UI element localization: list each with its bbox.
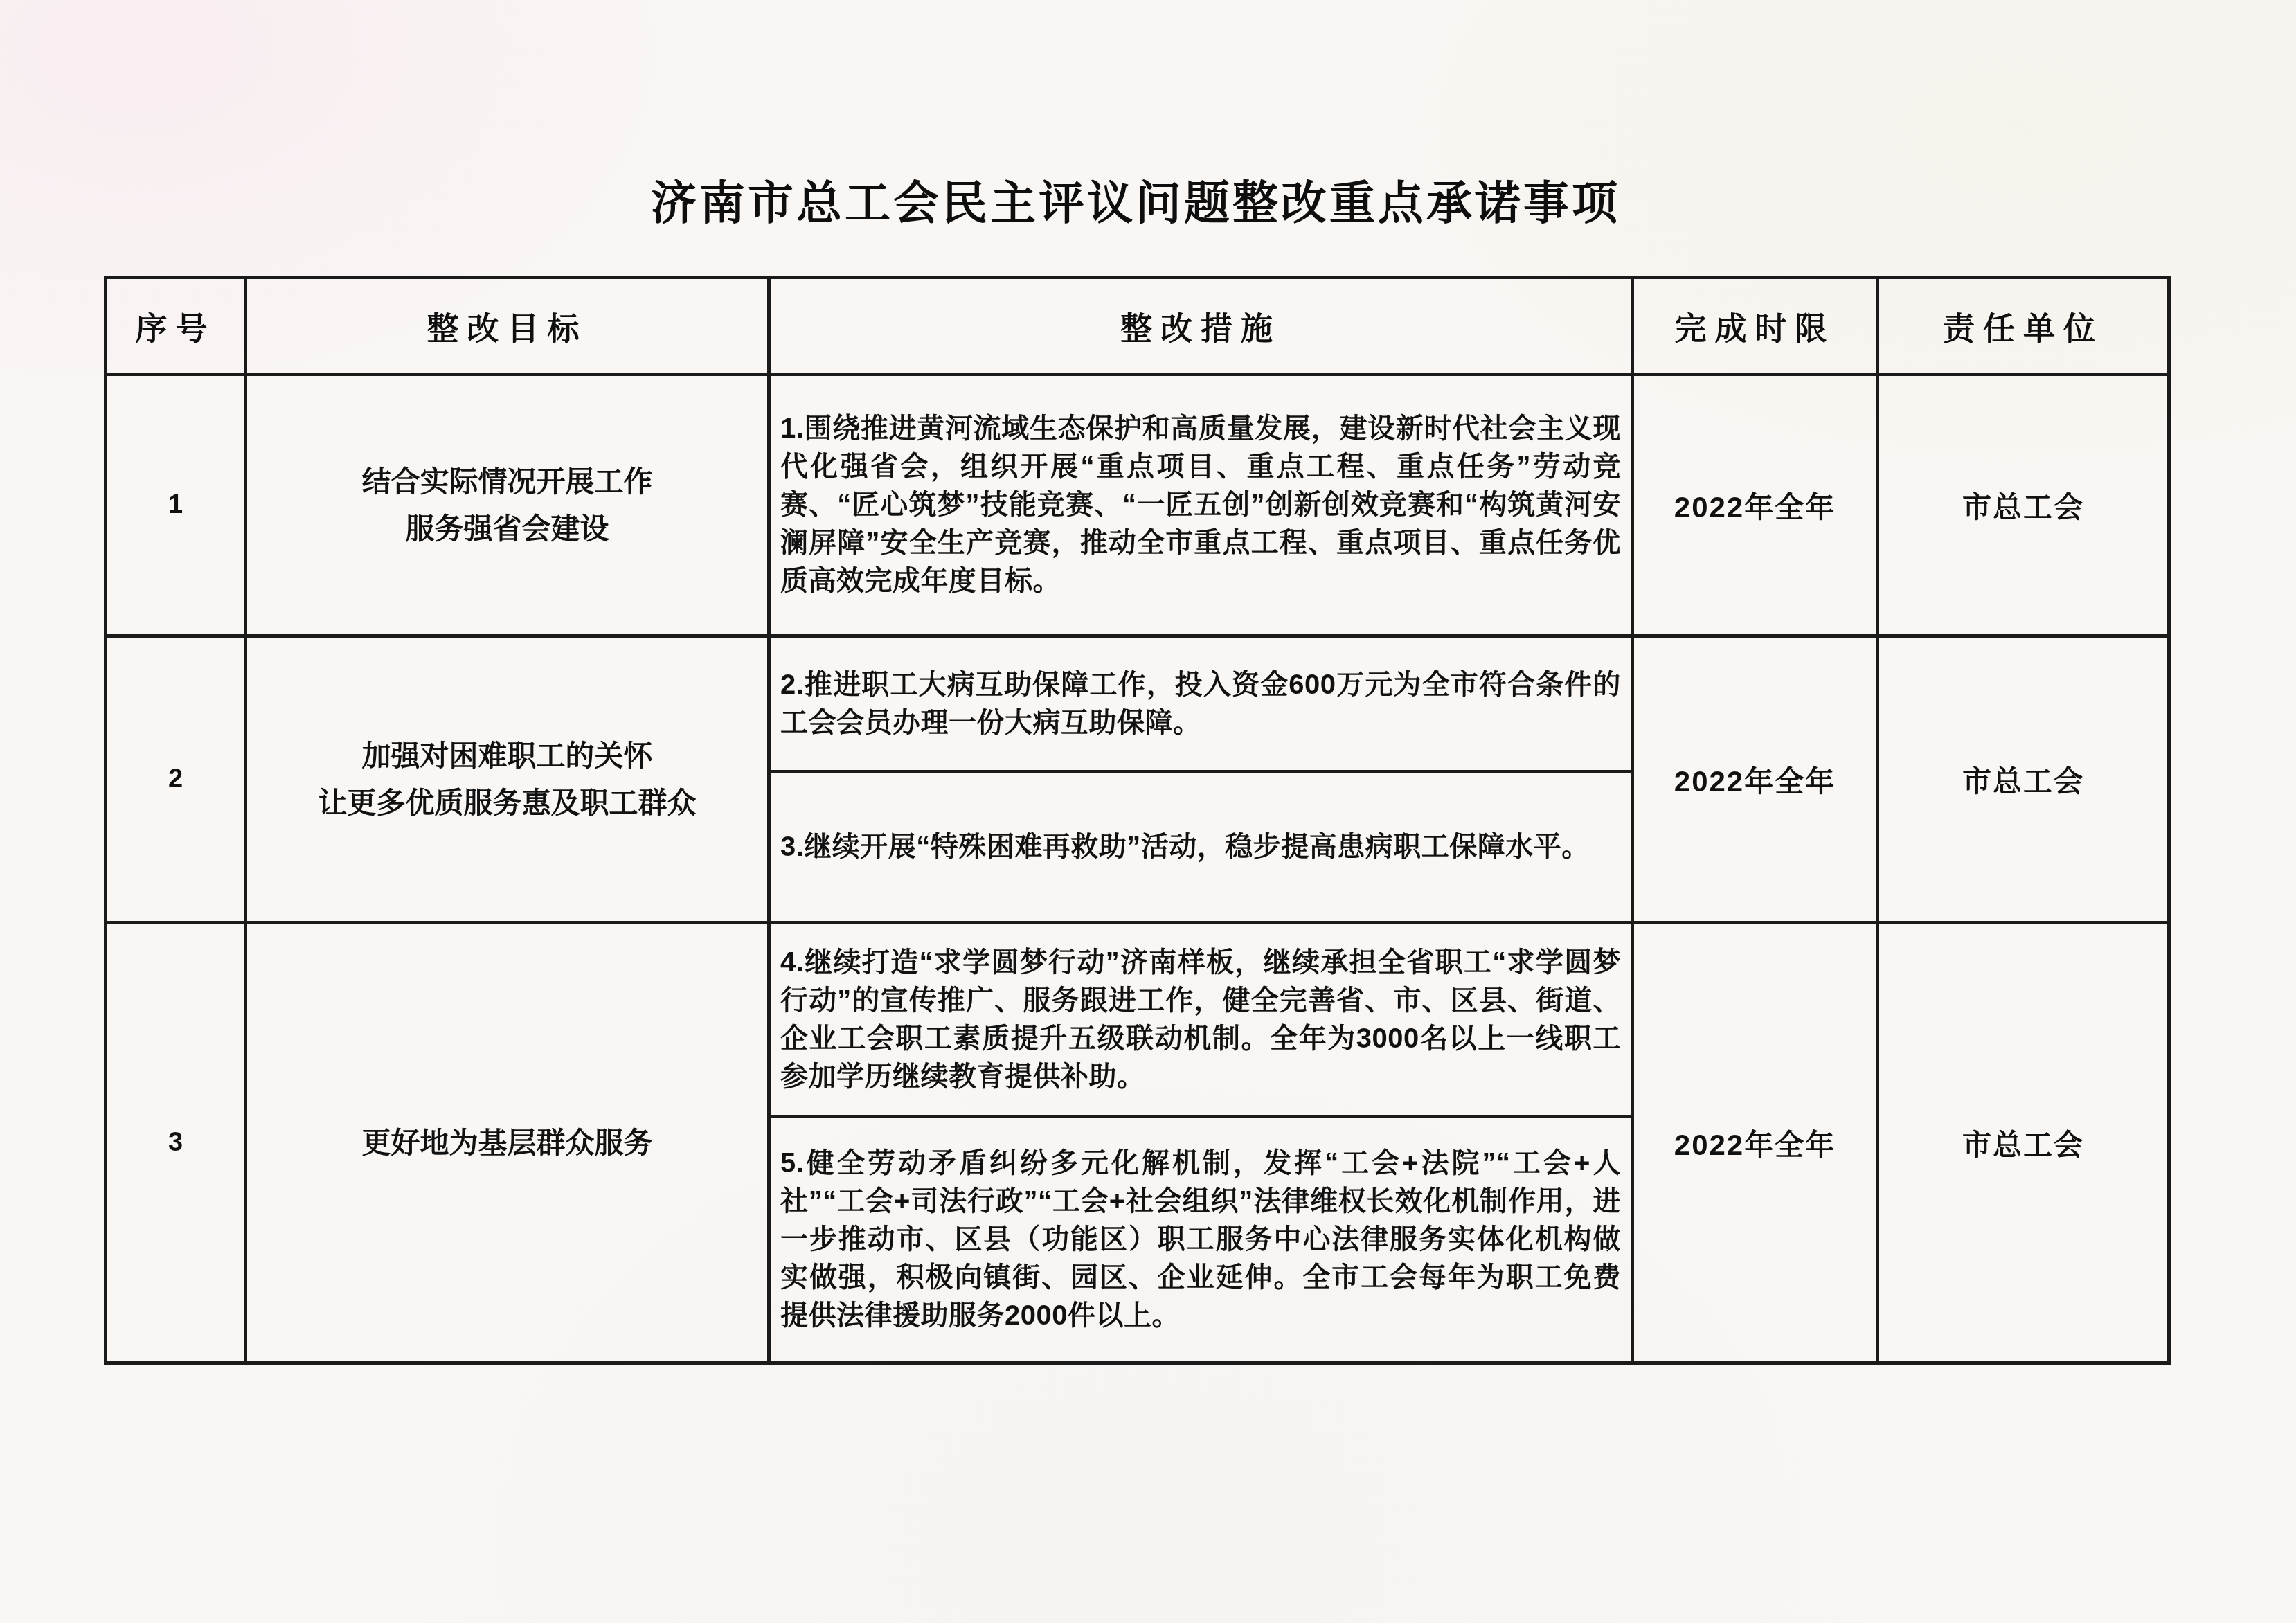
row2-goal: 加强对困难职工的关怀 让更多优质服务惠及职工群众 [246,636,769,923]
row1-goal: 结合实际情况开展工作 服务强省会建设 [246,375,769,636]
row2-measure-1: 2.推进职工大病互助保障工作，投入资金600万元为全市符合条件的工会会员办理一份… [769,636,1633,772]
row3-measure-1: 4.继续打造“求学圆梦行动”济南样板，继续承担全省职工“求学圆梦行动”的宣传推广… [769,923,1633,1117]
row1-deadline: 2022年全年 [1633,375,1878,636]
row1-unit: 市总工会 [1878,375,2169,636]
row2-goal-line2: 让更多优质服务惠及职工群众 [261,780,753,827]
table-row-2: 2 加强对困难职工的关怀 让更多优质服务惠及职工群众 2.推进职工大病互助保障工… [106,636,2169,772]
scanned-document-page: 济南市总工会民主评议问题整改重点承诺事项 序号 整改目标 整改措施 完成时限 责… [0,0,2296,1623]
row2-number: 2 [106,636,246,923]
header-cell-number: 序号 [106,278,246,375]
header-cell-goal: 整改目标 [246,278,769,375]
row3-unit: 市总工会 [1878,923,2169,1363]
row2-measure-2: 3.继续开展“特殊困难再救助”活动，稳步提高患病职工保障水平。 [769,772,1633,923]
table-row-1: 1 结合实际情况开展工作 服务强省会建设 1.围绕推进黄河流域生态保护和高质量发… [106,375,2169,636]
row2-unit: 市总工会 [1878,636,2169,923]
row1-goal-line1: 结合实际情况开展工作 [261,458,753,505]
row3-deadline: 2022年全年 [1633,923,1878,1363]
header-cell-measures: 整改措施 [769,278,1633,375]
rectification-commitments-table: 序号 整改目标 整改措施 完成时限 责任单位 1 结合实际情况开展工作 服务强省… [104,276,2171,1365]
row2-goal-line1: 加强对困难职工的关怀 [261,733,753,780]
header-cell-unit: 责任单位 [1878,278,2169,375]
table-row-3: 3 更好地为基层群众服务 4.继续打造“求学圆梦行动”济南样板，继续承担全省职工… [106,923,2169,1117]
row1-number: 1 [106,375,246,636]
row3-goal: 更好地为基层群众服务 [246,923,769,1363]
document-title: 济南市总工会民主评议问题整改重点承诺事项 [104,166,2167,232]
header-cell-deadline: 完成时限 [1633,278,1878,375]
table-header-row: 序号 整改目标 整改措施 完成时限 责任单位 [106,278,2169,375]
row3-number: 3 [106,923,246,1363]
row2-deadline: 2022年全年 [1633,636,1878,923]
row1-goal-line2: 服务强省会建设 [261,505,753,553]
row3-measure-2: 5.健全劳动矛盾纠纷多元化解机制，发挥“工会+法院”“工会+人社”“工会+司法行… [769,1117,1633,1363]
row1-measure-1: 1.围绕推进黄河流域生态保护和高质量发展，建设新时代社会主义现代化强省会，组织开… [769,375,1633,636]
row3-goal-line1: 更好地为基层群众服务 [261,1120,753,1167]
